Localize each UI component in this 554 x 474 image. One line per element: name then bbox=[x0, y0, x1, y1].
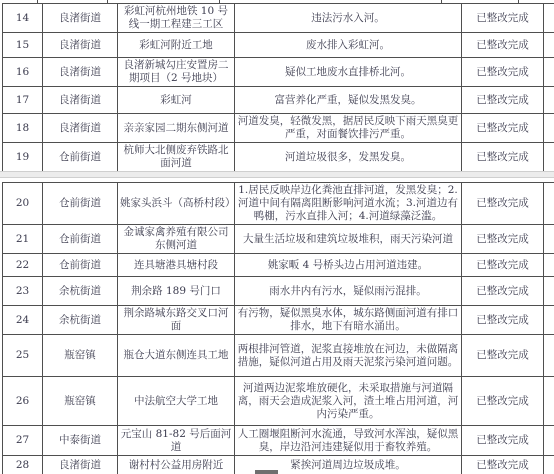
table-row: 20 仓前街道 姚家头浜斗（高桥村段） 1.居民反映岸边化粪池直排河道，发黑发臭… bbox=[3, 183, 554, 225]
street-cell: 仓前街道 bbox=[43, 183, 118, 225]
table-row: 24 余杭街道 荆余路城东路交叉口河面 有污物，疑似黑臭水体，城东路侧面河道有排… bbox=[3, 306, 554, 335]
issues-table-continued: 20 仓前街道 姚家头浜斗（高桥村段） 1.居民反映岸边化粪池直排河道，发黑发臭… bbox=[2, 182, 554, 474]
street-cell: 瓶窑镇 bbox=[43, 335, 118, 377]
table-row: 22 仓前街道 连具塘港具塘村段 姚家畈 4 号桥头边占用河道违建。 已整改完成 bbox=[3, 254, 554, 277]
issue-cell: 两根排河管道，泥浆直接堆放在河边，未做隔离措施，疑似河道占用及雨天泥浆污染河道问… bbox=[235, 335, 462, 377]
site-cell: 彩虹河 bbox=[118, 87, 235, 114]
page-break-band bbox=[0, 171, 554, 178]
issue-cell: 大量生活垃圾和建筑垃圾堆积，雨天污染河道 bbox=[235, 225, 462, 254]
bottom-page-marker bbox=[255, 470, 278, 474]
row-number-cell: 20 bbox=[3, 183, 43, 225]
empty-cell bbox=[544, 225, 554, 254]
row-number-cell: 15 bbox=[3, 33, 43, 58]
issue-cell: 废水排入彩虹河。 bbox=[235, 33, 462, 58]
site-cell: 荆余路城东路交叉口河面 bbox=[118, 306, 235, 335]
empty-cell bbox=[544, 277, 554, 306]
issue-cell: 河道垃圾很多，发黑发臭。 bbox=[235, 143, 462, 172]
status-cell: 已整改完成 bbox=[462, 33, 544, 58]
empty-cell bbox=[544, 143, 554, 172]
status-cell: 已整改完成 bbox=[462, 114, 544, 143]
site-cell: 元宝山 81-82 号后面河道 bbox=[118, 426, 235, 456]
table-row: 26 瓶窑镇 中法航空大学工地 河道两边泥浆堆放硬化，未采取措施与河道隔离，雨天… bbox=[3, 377, 554, 426]
street-cell: 良渚街道 bbox=[43, 58, 118, 87]
site-cell: 彩虹河附近工地 bbox=[118, 33, 235, 58]
row-number-cell: 25 bbox=[3, 335, 43, 377]
status-cell: 已整改完成 bbox=[462, 377, 544, 426]
row-number-cell: 17 bbox=[3, 87, 43, 114]
empty-cell bbox=[544, 114, 554, 143]
site-cell: 中法航空大学工地 bbox=[118, 377, 235, 426]
empty-cell bbox=[544, 426, 554, 456]
status-cell: 已整改完成 bbox=[462, 306, 544, 335]
empty-cell bbox=[544, 335, 554, 377]
issues-table-section-1: 14 良渚街道 彩虹河杭州地铁 10 号线一期工程建三工区 违法污水入河。 已整… bbox=[0, 3, 554, 172]
table-row: 17 良渚街道 彩虹河 富营养化严重，疑似发黑发臭。 已整改完成 bbox=[3, 87, 554, 114]
site-cell: 良渚新城勾庄安置房二期项目（2 号地块） bbox=[118, 58, 235, 87]
row-number-cell: 23 bbox=[3, 277, 43, 306]
status-cell: 已整改完成 bbox=[462, 183, 544, 225]
street-cell: 仓前街道 bbox=[43, 143, 118, 172]
row-number-cell: 14 bbox=[3, 4, 43, 33]
table-row: 15 良渚街道 彩虹河附近工地 废水排入彩虹河。 已整改完成 bbox=[3, 33, 554, 58]
status-cell: 已整改完成 bbox=[462, 426, 544, 456]
status-cell: 已整改完成 bbox=[462, 254, 544, 277]
status-cell: 已整改完成 bbox=[462, 335, 544, 377]
status-cell: 已整改完成 bbox=[462, 277, 544, 306]
street-cell: 良渚街道 bbox=[43, 87, 118, 114]
issues-table-section-2: 20 仓前街道 姚家头浜斗（高桥村段） 1.居民反映岸边化粪池直排河道，发黑发臭… bbox=[0, 182, 554, 474]
row-number-cell: 19 bbox=[3, 143, 43, 172]
issue-cell: 疑似工地废水直排桥北河。 bbox=[235, 58, 462, 87]
street-cell: 仓前街道 bbox=[43, 254, 118, 277]
issue-cell: 河道发臭，轻微发黑，据居民反映下雨天黑臭更严重，对面餐饮排污严重。 bbox=[235, 114, 462, 143]
site-cell: 连具塘港具塘村段 bbox=[118, 254, 235, 277]
issue-cell: 有污物，疑似黑臭水体，城东路侧面河道有排口排水，地下有暗水涌出。 bbox=[235, 306, 462, 335]
status-cell: 已整改完成 bbox=[462, 456, 544, 474]
issue-cell: 河道两边泥浆堆放硬化，未采取措施与河道隔离，雨天会造成泥浆入河，渣土堆占用河道，… bbox=[235, 377, 462, 426]
street-cell: 良渚街道 bbox=[43, 456, 118, 474]
row-number-cell: 16 bbox=[3, 58, 43, 87]
row-number-cell: 24 bbox=[3, 306, 43, 335]
street-cell: 良渚街道 bbox=[43, 33, 118, 58]
status-cell: 已整改完成 bbox=[462, 143, 544, 172]
empty-cell bbox=[544, 4, 554, 33]
site-cell: 金诚家禽养殖有限公司东侧河道 bbox=[118, 225, 235, 254]
issues-table: 14 良渚街道 彩虹河杭州地铁 10 号线一期工程建三工区 违法污水入河。 已整… bbox=[2, 3, 554, 172]
scanned-table-page: 14 良渚街道 彩虹河杭州地铁 10 号线一期工程建三工区 违法污水入河。 已整… bbox=[0, 0, 554, 474]
issue-cell: 人工圈堰阻断河水流通，导致河水浑浊，疑似黑臭，岸边沿河违建疑似用于畜牧养殖。 bbox=[235, 426, 462, 456]
status-cell: 已整改完成 bbox=[462, 87, 544, 114]
street-cell: 良渚街道 bbox=[43, 4, 118, 33]
table-row: 19 仓前街道 杭师大北侧废弃铁路北面河道 河道垃圾很多，发黑发臭。 已整改完成 bbox=[3, 143, 554, 172]
status-cell: 已整改完成 bbox=[462, 4, 544, 33]
issue-cell: 富营养化严重，疑似发黑发臭。 bbox=[235, 87, 462, 114]
street-cell: 中泰街道 bbox=[43, 426, 118, 456]
street-cell: 良渚街道 bbox=[43, 114, 118, 143]
table-row: 27 中泰街道 元宝山 81-82 号后面河道 人工圈堰阻断河水流通，导致河水浑… bbox=[3, 426, 554, 456]
table-row: 18 良渚街道 亲亲家园二期东侧河道 河道发臭，轻微发黑，据居民反映下雨天黑臭更… bbox=[3, 114, 554, 143]
row-number-cell: 22 bbox=[3, 254, 43, 277]
street-cell: 余杭街道 bbox=[43, 306, 118, 335]
row-number-cell: 18 bbox=[3, 114, 43, 143]
site-cell: 谢村村公益用房附近 bbox=[118, 456, 235, 474]
table-row: 14 良渚街道 彩虹河杭州地铁 10 号线一期工程建三工区 违法污水入河。 已整… bbox=[3, 4, 554, 33]
empty-cell bbox=[544, 377, 554, 426]
table-row: 16 良渚街道 良渚新城勾庄安置房二期项目（2 号地块） 疑似工地废水直排桥北河… bbox=[3, 58, 554, 87]
street-cell: 余杭街道 bbox=[43, 277, 118, 306]
empty-cell bbox=[544, 33, 554, 58]
issue-cell: 违法污水入河。 bbox=[235, 4, 462, 33]
row-number-cell: 26 bbox=[3, 377, 43, 426]
empty-cell bbox=[544, 183, 554, 225]
site-cell: 杭师大北侧废弃铁路北面河道 bbox=[118, 143, 235, 172]
row-number-cell: 21 bbox=[3, 225, 43, 254]
row-number-cell: 27 bbox=[3, 426, 43, 456]
issue-cell: 雨水井内有污水，疑似雨污混排。 bbox=[235, 277, 462, 306]
empty-cell bbox=[544, 254, 554, 277]
row-number-cell: 28 bbox=[3, 456, 43, 474]
site-cell: 亲亲家园二期东侧河道 bbox=[118, 114, 235, 143]
table-row: 23 余杭街道 荆余路 189 号门口 雨水井内有污水，疑似雨污混排。 已整改完… bbox=[3, 277, 554, 306]
empty-cell bbox=[544, 87, 554, 114]
empty-cell bbox=[544, 58, 554, 87]
issue-cell: 1.居民反映岸边化粪池直排河道，发黑发臭；2.河道中间有隔离阻断影响河道水流；3… bbox=[235, 183, 462, 225]
empty-cell bbox=[544, 456, 554, 474]
status-cell: 已整改完成 bbox=[462, 225, 544, 254]
table-row: 28 良渚街道 谢村村公益用房附近 紧挨河道周边垃圾成堆。 已整改完成 bbox=[3, 456, 554, 474]
site-cell: 瓶仓大道东侧连具工地 bbox=[118, 335, 235, 377]
street-cell: 仓前街道 bbox=[43, 225, 118, 254]
site-cell: 荆余路 189 号门口 bbox=[118, 277, 235, 306]
table-row: 25 瓶窑镇 瓶仓大道东侧连具工地 两根排河管道，泥浆直接堆放在河边，未做隔离措… bbox=[3, 335, 554, 377]
site-cell: 姚家头浜斗（高桥村段） bbox=[118, 183, 235, 225]
empty-cell bbox=[544, 306, 554, 335]
table-row: 21 仓前街道 金诚家禽养殖有限公司东侧河道 大量生活垃圾和建筑垃圾堆积，雨天污… bbox=[3, 225, 554, 254]
site-cell: 彩虹河杭州地铁 10 号线一期工程建三工区 bbox=[118, 4, 235, 33]
street-cell: 瓶窑镇 bbox=[43, 377, 118, 426]
status-cell: 已整改完成 bbox=[462, 58, 544, 87]
issue-cell: 姚家畈 4 号桥头边占用河道违建。 bbox=[235, 254, 462, 277]
